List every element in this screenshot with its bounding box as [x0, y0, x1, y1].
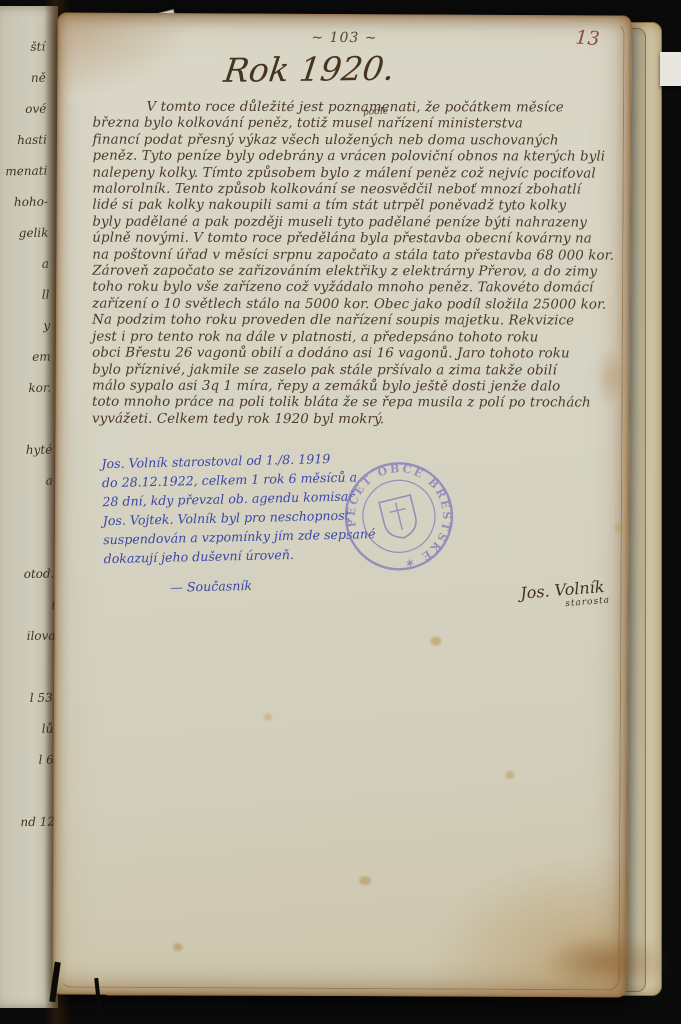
body-line: Zároveň započato se zařizováním elektřik… — [92, 264, 622, 281]
annotation-lines: Jos. Volník starostoval od 1./8. 1919do … — [101, 449, 354, 569]
body-line: málo sypalo asi 3q 1 míra, řepy a zemáků… — [92, 379, 622, 396]
photo-of-chronicle-page: štíněovéhastimenatihoho-gelikallyemkor. … — [0, 0, 681, 1024]
body-line: jest i pro tento rok na dále v platnosti… — [92, 329, 622, 346]
text-fragment: ně — [0, 63, 46, 95]
year-heading: Rok 1920. — [54, 47, 564, 92]
text-fragment: ští — [0, 32, 46, 64]
text-fragment: ové — [0, 94, 47, 126]
paper-tab-right — [660, 52, 681, 86]
interlinear-insertion: podle — [363, 107, 389, 118]
page-number: ~ 103 ~ — [57, 29, 631, 48]
text-fragment: a — [0, 249, 49, 281]
body-line: nalepeny kolky. Tímto způsobem bylo z má… — [92, 165, 622, 182]
text-fragment: hasti — [0, 125, 47, 157]
body-line: malorolník. Tento způsob kolkování se ne… — [92, 182, 622, 199]
body-line: března bylo kolkování peněz, totiž musel… — [92, 116, 622, 133]
body-line: bylo příznivé, jakmile se zaselo pak stá… — [92, 362, 622, 379]
body-line: peněz. Tyto peníze byly odebrány a vráce… — [92, 149, 622, 166]
body-line: Na podzim toho roku proveden dle nařízen… — [92, 313, 622, 330]
body-line: toto mnoho práce na poli tolik bláta že … — [92, 395, 622, 412]
body-line: lidé si pak kolky nakoupili sami a tím s… — [92, 198, 622, 215]
body-line: byly padělané a pak později museli tyto … — [92, 214, 622, 231]
body-line: toho roku bylo vše zařízeno což vyžádalo… — [92, 280, 622, 297]
corner-pencil-mark: 13 — [574, 26, 600, 50]
body-line: obci Břestu 26 vagonů obilí a dodáno asi… — [92, 346, 622, 363]
text-fragment: ll — [0, 280, 50, 312]
blue-ink-annotation: Jos. Volník starostoval od 1./8. 1919do … — [101, 449, 354, 599]
body-line: V tomto roce důležité jest poznamenati, … — [93, 100, 623, 117]
body-line: vyvážeti. Celkem tedy rok 1920 byl mokrý… — [92, 411, 622, 428]
text-fragment: menati — [0, 156, 48, 188]
body-line: na poštovní úřad v měsíci srpnu započato… — [92, 247, 622, 264]
text-fragment: gelik — [0, 218, 49, 250]
body-line: úplně novými. V tomto roce předělána byl… — [92, 231, 622, 248]
body-line: zařízení o 10 světlech stálo na 5000 kor… — [92, 296, 622, 313]
text-fragment: hoho- — [0, 187, 48, 219]
text-fragment: y — [0, 311, 50, 343]
body-line: financí podat přesný výkaz všech uložený… — [92, 132, 622, 149]
chronicle-body-text: V tomto roce důležité jest poznamenati, … — [92, 100, 623, 429]
chronicle-page: ~ 103 ~ 13 Rok 1920. V tomto roce důleži… — [52, 13, 631, 998]
